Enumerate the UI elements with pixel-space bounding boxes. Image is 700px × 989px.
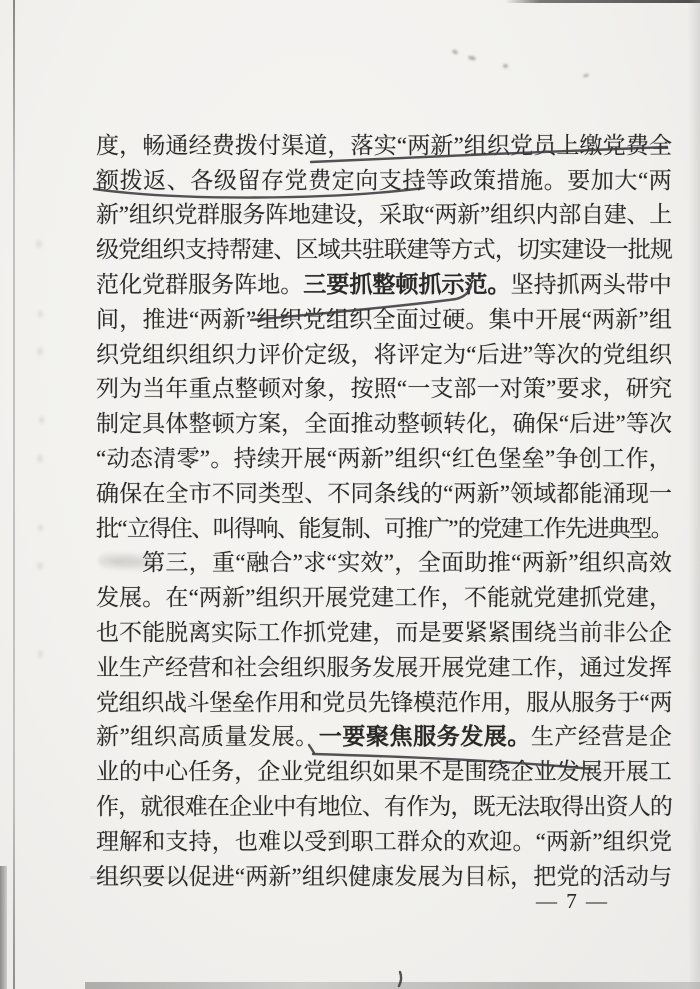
body-glyph: 。 [280,273,303,296]
body-glyph: 织 [212,343,235,366]
text-line: 度，畅通经费拨付渠道，落实“两新”组织党员上缴党费全 [96,128,672,163]
body-glyph: 持 [189,830,212,853]
body-glyph: 批 [96,517,117,540]
body-glyph: 党 [326,621,349,644]
body-glyph: 政 [449,169,472,192]
body-glyph: 组 [603,830,626,853]
body-glyph: 于 [617,691,640,714]
body-glyph: 各 [190,169,213,192]
body-glyph: 织 [325,865,348,888]
body-glyph: 涌 [603,482,626,505]
body-glyph: 住 [170,517,191,540]
body-glyph: 作 [543,517,564,540]
body-glyph: 域 [318,238,340,261]
body-glyph: 组 [130,725,153,748]
margin-bleed-mark [35,452,45,465]
body-glyph: 务 [211,273,234,296]
body-glyph: 党 [603,343,626,366]
scan-top-edge [505,0,700,3]
body-glyph: 受 [304,830,327,853]
body-glyph: ” [384,447,394,470]
body-glyph: 堡 [498,447,521,470]
body-glyph: 业 [96,656,119,679]
body-glyph: 加 [591,169,614,192]
body-glyph: 化 [119,273,142,296]
body-glyph: 。 [465,308,488,331]
text-line: 第三，重“融合”求“实效”，全面助推“两新”组织高效 [96,546,672,581]
body-glyph: 都 [556,482,579,505]
body-glyph: 的 [458,517,479,540]
body-glyph: 同 [235,482,258,505]
body-glyph: 党 [303,760,326,783]
body-glyph: 费 [626,134,649,157]
body-glyph: 域 [533,482,556,505]
scan-speck [451,49,458,55]
body-glyph: 新 [569,830,592,853]
body-glyph: 工 [522,517,543,540]
body-glyph: 通 [165,134,188,157]
body-glyph: 叫 [213,517,234,540]
body-glyph: 不 [418,760,441,783]
body-glyph: 部 [558,203,581,226]
body-glyph: 新 [96,725,119,748]
body-glyph: 党 [303,308,326,331]
body-glyph: 建 [406,238,428,261]
emphasis-glyph: 聚 [366,725,389,748]
body-glyph: 象 [304,377,327,400]
body-glyph: 地 [257,273,280,296]
body-glyph: 组 [256,308,279,331]
body-glyph: 组 [256,586,279,609]
body-glyph: 整 [189,412,212,435]
body-glyph: 务 [243,203,266,226]
body-glyph: 推 [142,308,165,331]
body-glyph: 面 [327,412,350,435]
body-glyph: 大 [614,169,637,192]
body-glyph: 实 [211,621,234,644]
body-glyph: 作 [625,447,648,470]
body-glyph: 织 [141,691,164,714]
body-glyph: 发 [626,656,649,679]
body-glyph: 典 [608,517,629,540]
body-glyph: 织 [349,308,372,331]
body-glyph: 新 [430,134,453,157]
body-glyph: 持 [402,169,425,192]
emphasis-glyph: 范 [465,273,488,296]
text-line: 确保在全市不同类型、不同条线的“两新”领域都能涌现一 [96,476,672,511]
body-glyph: 组 [129,203,152,226]
body-glyph: “ [638,169,648,192]
body-glyph: 条 [374,482,397,505]
body-glyph: 红 [452,447,475,470]
body-glyph: 推 [405,517,426,540]
body-glyph: 一 [649,482,672,505]
body-glyph: “ [189,308,199,331]
body-glyph: 组 [280,656,303,679]
body-glyph: 的 [650,795,672,818]
body-glyph: 线 [397,482,420,505]
body-glyph: 有 [384,795,406,818]
body-glyph: 效 [649,551,672,574]
body-glyph: 两 [199,586,222,609]
body-glyph: ” [245,586,255,609]
body-glyph: 群 [197,203,220,226]
body-glyph: 能 [298,517,319,540]
body-glyph: 展 [325,586,348,609]
body-glyph: ” [639,308,649,331]
body-glyph: 群 [397,830,420,853]
body-glyph: 斗 [187,691,210,714]
body-glyph: 通 [580,656,603,679]
body-glyph: 定 [420,343,443,366]
body-glyph: 展 [272,725,295,748]
body-glyph: 在 [142,482,165,505]
body-glyph: 、 [304,482,327,505]
body-glyph: 织 [649,343,672,366]
body-glyph: 费 [212,134,235,157]
body-glyph: 策 [473,169,496,192]
body-glyph: 标 [487,865,510,888]
body-glyph: 党 [603,134,626,157]
body-glyph: 现 [626,482,649,505]
body-glyph: 作 [534,656,557,679]
body-glyph: 研 [626,377,649,400]
body-glyph: 进 [166,308,189,331]
body-glyph: 顿 [420,412,443,435]
body-glyph: 垒 [522,447,545,470]
body-glyph: 把 [533,865,556,888]
text-line: 额拨返、各级留存党费定向支持等政策措施。要加大“两 [96,163,672,198]
body-glyph: 开 [280,447,303,470]
body-glyph: 业 [251,795,273,818]
body-glyph: 一 [477,377,500,400]
body-glyph: 以 [281,830,304,853]
body-glyph: ， [119,308,142,331]
body-glyph: 新 [268,865,291,888]
body-glyph: 动 [626,865,649,888]
body-glyph: 持 [534,273,557,296]
body-glyph: 中 [273,795,295,818]
body-glyph: 创 [579,447,602,470]
body-glyph: 策 [523,377,546,400]
body-glyph: 留 [237,169,260,192]
body-glyph: 迎 [489,830,512,853]
body-glyph: 等 [426,169,449,192]
body-glyph: 理 [96,830,119,853]
body-glyph: 建 [556,586,579,609]
body-glyph: 工 [602,447,625,470]
body-glyph: 对 [281,377,304,400]
body-glyph: ” [615,412,625,435]
body-glyph: 心 [165,760,188,783]
body-glyph: ， [327,134,350,157]
body-glyph: 建 [349,621,372,644]
body-glyph: 取 [539,795,561,818]
body-glyph: 一 [606,238,628,261]
body-glyph: 进 [212,865,235,888]
body-glyph: 三 [165,551,188,574]
body-glyph: 两 [649,169,672,192]
body-glyph: 式 [473,238,495,261]
body-glyph: ” [119,203,129,226]
body-glyph: 要 [142,865,165,888]
body-glyph: “ [511,551,521,574]
body-glyph: ， [189,551,212,574]
body-glyph: 定 [332,169,355,192]
body-glyph: 的 [443,830,466,853]
body-glyph: 很 [162,795,184,818]
body-glyph: 离 [188,621,211,644]
body-glyph: 展 [395,656,418,679]
body-glyph: 党 [348,586,371,609]
body-glyph: 全 [304,412,327,435]
body-glyph: 不 [327,482,350,505]
body-glyph: 推 [488,551,511,574]
text-line: 业的中心任务，企业党组织如果不是围绕企业发展开展工 [96,754,672,789]
body-glyph: 展 [558,308,581,331]
body-glyph: 定 [304,343,327,366]
body-glyph: 组 [490,203,513,226]
body-glyph: 展 [441,656,464,679]
body-glyph: 广 [427,517,448,540]
body-glyph: 后 [569,412,592,435]
body-glyph: “ [235,551,245,574]
body-glyph: 企 [229,795,251,818]
body-glyph: 发 [557,760,580,783]
body-glyph: 坚 [511,273,534,296]
body-glyph: 在 [207,795,229,818]
body-glyph: 党 [603,586,626,609]
body-glyph: 作 [280,621,303,644]
body-glyph: 党 [465,656,488,679]
body-glyph: 间 [96,308,119,331]
body-glyph: 织 [152,203,175,226]
body-glyph: 企 [649,725,672,748]
body-glyph: 采 [379,203,402,226]
body-glyph: 工 [649,760,672,783]
body-glyph: 任 [188,760,211,783]
text-line: 作，就很难在企业中有地位、有作为，既无法取得出资人的 [96,789,672,824]
body-glyph: 动 [107,447,130,470]
body-glyph: 产 [142,656,165,679]
scan-speck [583,73,590,78]
body-glyph: 区 [295,238,317,261]
body-glyph: 后 [477,343,500,366]
body-glyph: 确 [513,412,536,435]
body-glyph: 服 [326,656,349,679]
body-glyph: 支 [185,238,207,261]
body-glyph: 社 [234,656,257,679]
body-glyph: 作 [406,795,428,818]
scanned-document-page: 度，畅通经费拨付渠道，落实“两新”组织党员上缴党费全额拨返、各级留存党费定向支持… [0,0,700,989]
text-line: 制定具体整顿方案，全面推动整顿转化，确保“后进”等次 [96,406,672,441]
body-glyph: 要 [556,377,579,400]
body-glyph: 建 [501,517,522,540]
body-glyph: 共 [340,238,362,261]
body-glyph: “ [424,203,434,226]
body-glyph: ， [441,586,464,609]
body-glyph: 工 [257,621,280,644]
body-glyph: 顿 [258,377,281,400]
body-glyph: 两 [407,134,430,157]
emphasis-glyph: 三 [303,273,326,296]
body-glyph: 工 [394,586,417,609]
body-glyph: 高 [177,725,200,748]
text-block: 度，畅通经费拨付渠道，落实“两新”组织党员上缴党费全额拨返、各级留存党费定向支持… [96,128,672,894]
body-glyph: 建 [371,586,394,609]
body-glyph: 的 [119,760,142,783]
body-glyph: 抓 [557,273,580,296]
body-glyph: 高 [626,551,649,574]
body-glyph: 落 [351,134,374,157]
body-glyph: ， [451,795,473,818]
body-glyph: 模 [413,691,436,714]
body-glyph: 立 [127,517,148,540]
body-glyph: 锋 [390,691,413,714]
page-number: — 7 — [536,889,609,914]
body-glyph: 两 [453,482,476,505]
body-glyph: 织 [513,203,536,226]
body-glyph: 等 [533,343,556,366]
body-glyph: 和 [300,691,323,714]
body-glyph: “ [397,377,407,400]
body-glyph: “ [559,412,569,435]
body-glyph: ， [351,343,374,366]
body-glyph: 建 [488,656,511,679]
body-glyph: 组 [189,343,212,366]
body-glyph: 织 [303,656,326,679]
body-glyph: 织 [154,725,177,748]
body-glyph: 为 [119,377,142,400]
body-glyph: “ [582,308,592,331]
body-glyph: 组 [140,238,162,261]
body-glyph: 经 [165,656,188,679]
body-glyph: 绕 [534,621,557,644]
body-glyph: 能 [580,482,603,505]
body-glyph: 产 [554,725,577,748]
body-glyph: ” [480,203,490,226]
body-glyph: 作 [254,691,277,714]
body-glyph: 要 [441,621,464,644]
body-glyph: 新 [457,203,480,226]
body-glyph: 为 [441,865,464,888]
body-glyph: 融 [246,551,269,574]
margin-bleed-mark [34,238,44,250]
emphasis-glyph: 抓 [349,273,372,296]
text-line: 党组织战斗堡垒作用和党员先锋模范作用，服从服务于“两 [96,685,672,720]
body-glyph: 组 [96,865,119,888]
body-glyph: 制 [341,517,362,540]
body-glyph: 人 [628,795,650,818]
body-glyph: 新 [615,308,638,331]
body-glyph: “ [536,830,546,853]
body-glyph: 全 [372,308,395,331]
body-glyph: 组 [326,760,349,783]
body-glyph: 党 [649,830,672,853]
body-glyph: 驻 [362,238,384,261]
body-glyph: 两 [649,691,672,714]
body-glyph: 转 [443,412,466,435]
body-glyph: 经 [189,134,212,157]
body-glyph: 不 [464,586,487,609]
body-glyph: ， [504,691,527,714]
body-glyph: 进 [586,517,607,540]
text-line: 业生产经营和社会组织服务发展开展党建工作，通过发挥 [96,650,672,685]
body-glyph: 制 [96,412,119,435]
body-glyph: ” [246,308,256,331]
body-glyph: 工 [511,656,534,679]
body-glyph: ” [592,830,602,853]
body-glyph: 用 [277,691,300,714]
body-glyph: 评 [258,343,281,366]
body-glyph: 新 [545,551,568,574]
body-glyph: 活 [603,865,626,888]
body-glyph: 列 [96,377,119,400]
body-glyph: 众 [420,830,443,853]
body-glyph: 企 [649,621,672,644]
body-glyph: 党 [142,273,165,296]
body-glyph: 整 [235,377,258,400]
body-glyph: 经 [578,725,601,748]
body-glyph: 既 [473,795,495,818]
body-glyph: 法 [517,795,539,818]
body-glyph: 度 [96,134,119,157]
body-glyph: 新 [96,203,119,226]
body-glyph: 织 [162,238,184,261]
body-glyph: 是 [418,621,441,644]
body-glyph: 两 [337,447,360,470]
body-glyph: 面 [396,308,419,331]
body-glyph: 。 [513,830,536,853]
body-glyph: 会 [257,656,280,679]
body-glyph: 按 [351,377,374,400]
body-glyph: 职 [351,830,374,853]
body-glyph: 持 [207,238,229,261]
body-glyph: 织 [487,134,510,157]
text-line: 织党组织组织力评价定级，将评定为“后进”等次的党组织 [96,337,672,372]
body-glyph: 合 [269,551,292,574]
body-glyph: 头 [603,273,626,296]
body-glyph: ” [545,447,555,470]
body-glyph: 开 [535,308,558,331]
body-glyph: 进 [592,412,615,435]
body-glyph: 组 [326,308,349,331]
body-glyph: 实 [539,238,561,261]
body-glyph: 织 [602,551,625,574]
body-glyph: 助 [464,551,487,574]
body-glyph: 地 [318,795,340,818]
margin-bleed-mark [35,560,45,572]
body-glyph: 企 [511,760,534,783]
emphasis-glyph: 。 [488,273,511,296]
body-glyph: 集 [489,308,512,331]
body-glyph: 次 [649,412,672,435]
body-glyph: 公 [626,621,649,644]
body-glyph: 组 [579,551,602,574]
body-glyph: 两 [546,830,569,853]
body-glyph: 两 [580,273,603,296]
body-glyph: 切 [517,238,539,261]
body-glyph: 建 [561,238,583,261]
body-glyph: 组 [649,308,672,331]
body-glyph: 定 [119,412,142,435]
body-glyph: 发 [248,725,271,748]
body-glyph: 过 [419,308,442,331]
text-line: 批“立得住、叫得响、能复制、可推广”的党建工作先进典型。 [96,511,672,546]
body-glyph: 建 [604,203,627,226]
body-glyph: 对 [500,377,523,400]
emphasis-glyph: 务 [437,725,460,748]
